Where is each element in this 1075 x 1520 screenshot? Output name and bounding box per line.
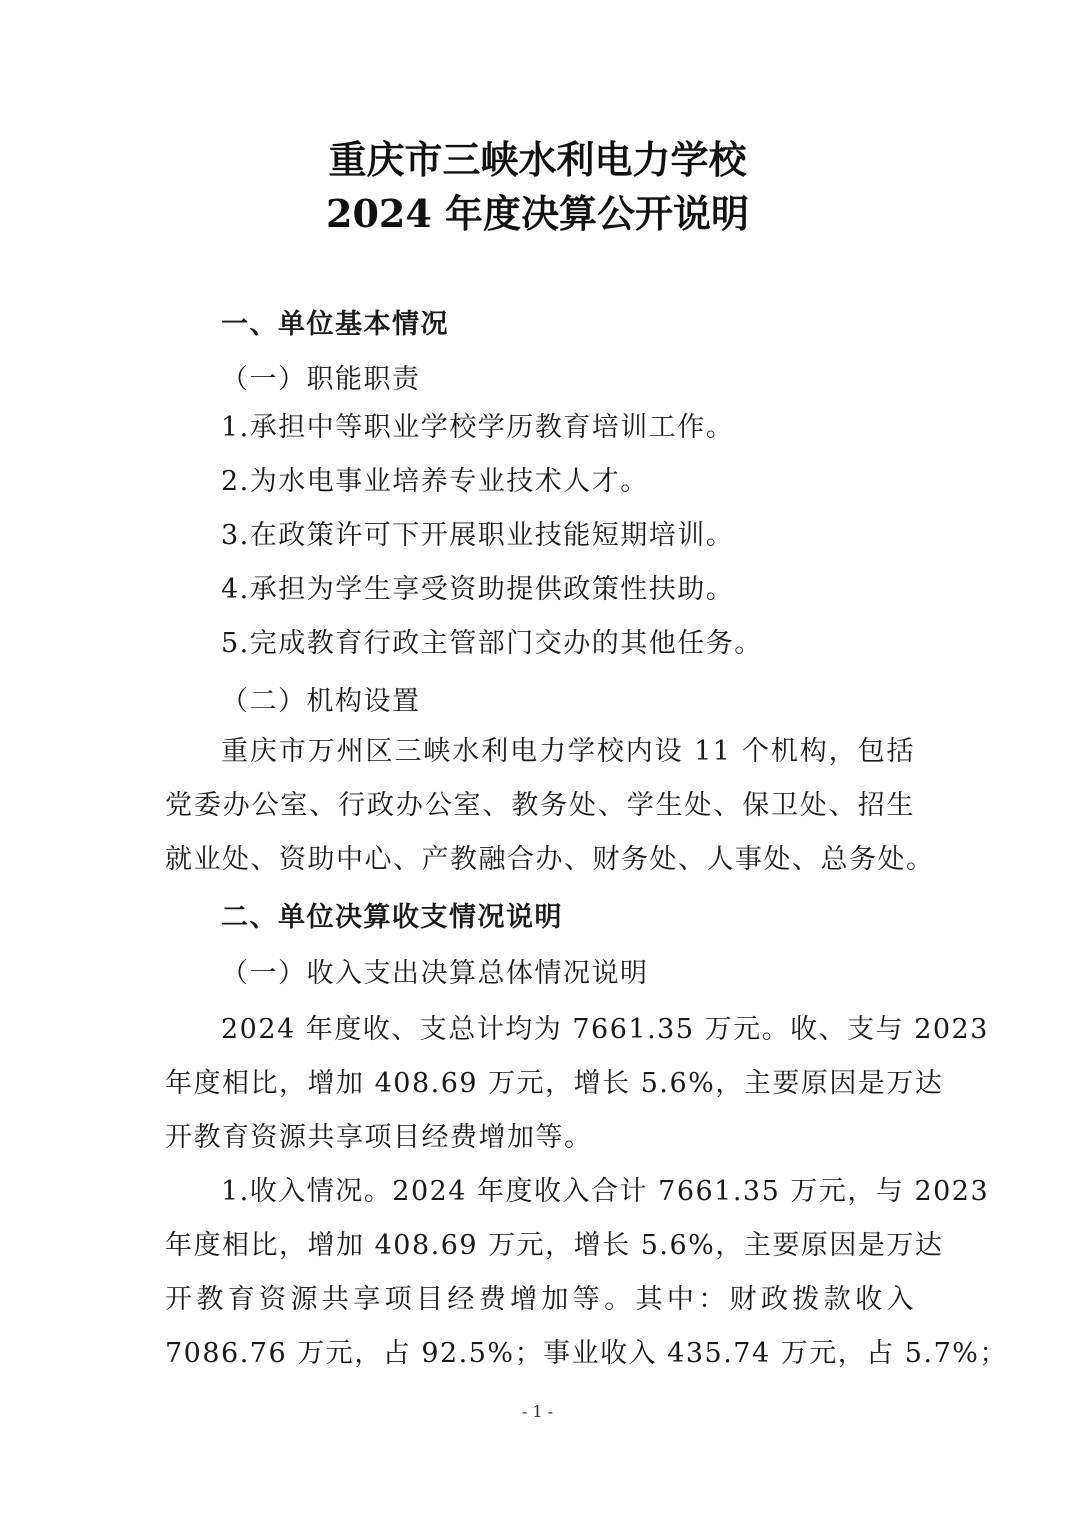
paragraph-line: 4.承担为学生享受资助提供政策性扶助。 xyxy=(221,570,915,610)
paragraph-line: 重庆市万州区三峡水利电力学校内设 11 个机构，包括 xyxy=(221,732,915,772)
page-number: - 1 - xyxy=(0,1402,1075,1421)
paragraph-line: 3.在政策许可下开展职业技能短期培训。 xyxy=(221,516,915,556)
paragraph-line: 年度相比，增加 408.69 万元，增长 5.6%，主要原因是万达 xyxy=(165,1064,915,1104)
section-heading: 二、单位决算收支情况说明 xyxy=(221,898,915,938)
paragraph-line: 开教育资源共享项目经费增加等。其中：财政拨款收入 xyxy=(165,1280,915,1320)
subsection-heading: （二）机构设置 xyxy=(221,682,915,722)
paragraph-line: 就业处、资助中心、产教融合办、财务处、人事处、总务处。 xyxy=(165,840,915,880)
paragraph-line: 7086.76 万元，占 92.5%；事业收入 435.74 万元，占 5.7%… xyxy=(165,1334,915,1374)
paragraph-line: 2024 年度收、支总计均为 7661.35 万元。收、支与 2023 xyxy=(221,1010,915,1050)
paragraph-line: 年度相比，增加 408.69 万元，增长 5.6%，主要原因是万达 xyxy=(165,1226,915,1266)
paragraph-line: 1.承担中等职业学校学历教育培训工作。 xyxy=(221,408,915,448)
subsection-heading: （一）职能职责 xyxy=(221,360,915,400)
paragraph-line: 5.完成教育行政主管部门交办的其他任务。 xyxy=(221,624,915,664)
paragraph-line: 党委办公室、行政办公室、教务处、学生处、保卫处、招生 xyxy=(165,786,915,826)
paragraph-line: 2.为水电事业培养专业技术人才。 xyxy=(221,462,915,502)
paragraph-line: 开教育资源共享项目经费增加等。 xyxy=(165,1118,915,1158)
document-title-line1: 重庆市三峡水利电力学校 xyxy=(0,132,1075,188)
document-title-line2: 2024 年度决算公开说明 xyxy=(0,186,1075,242)
section-heading: 一、单位基本情况 xyxy=(221,305,915,345)
paragraph-line: 1.收入情况。2024 年度收入合计 7661.35 万元，与 2023 xyxy=(221,1172,915,1212)
subsection-heading: （一）收入支出决算总体情况说明 xyxy=(221,954,915,994)
